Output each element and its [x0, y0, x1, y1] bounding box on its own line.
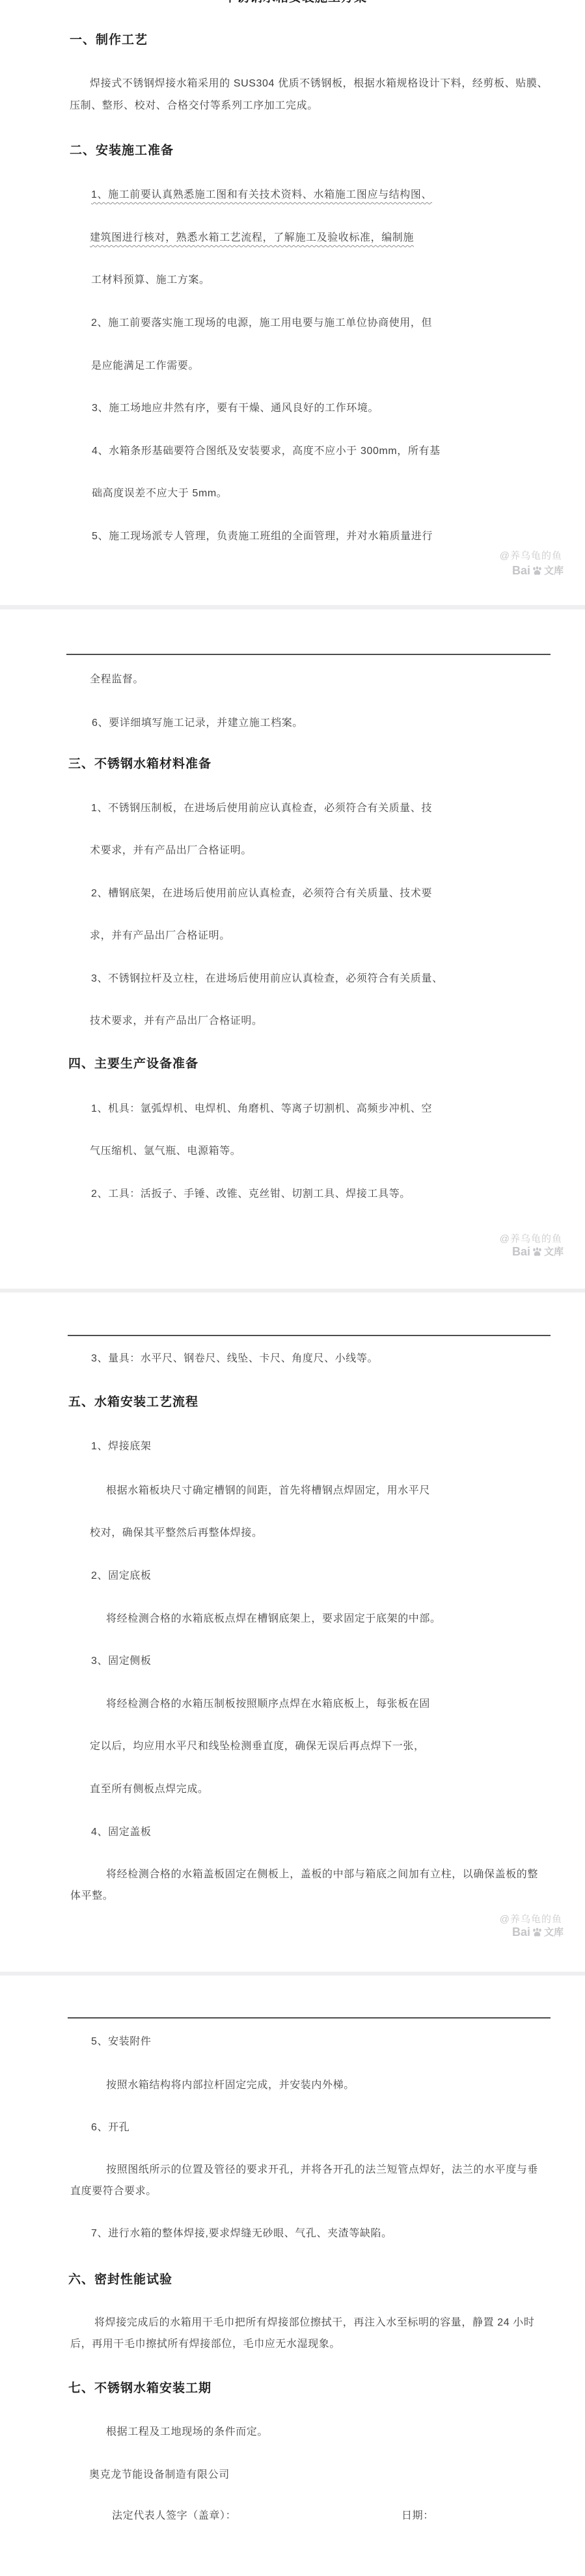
paw-icon	[531, 1247, 543, 1257]
section-heading-1: 一、制作工艺	[70, 33, 148, 48]
body-line: 按照水箱结构将内部拉杆固定完成，并安装内外梯。	[106, 2079, 355, 2092]
list-item-line: 2、工具：活扳子、手锤、改锥、克丝钳、切割工具、焊接工具等。	[91, 1188, 411, 1201]
body-line: 将经检测合格的水箱底板点焊在槽钢底架上，要求固定于底架的中部。	[106, 1613, 441, 1626]
logo-text-bai: Bai	[512, 565, 530, 576]
section-heading-6: 六、密封性能试验	[68, 2272, 172, 2288]
logo-text-wenku: 文库	[544, 1927, 564, 1938]
body-line: 全程监督。	[90, 673, 144, 686]
page-separator	[0, 1289, 585, 1293]
list-item-line: 术要求，并有产品出厂合格证明。	[90, 844, 252, 857]
page-separator	[0, 1972, 585, 1976]
body-line: 根据水箱板块尺寸确定槽钢的间距，首先将槽钢点焊固定，用水平尺	[106, 1484, 430, 1497]
body-line: 根据工程及工地现场的条件而定。	[106, 2426, 268, 2439]
doc-title-cropped: 不锈钢水箱安装施工方案	[224, 0, 367, 5]
company-name: 奥克龙节能设备制造有限公司	[89, 2469, 230, 2482]
watermark-username: @养乌龟的鱼	[500, 1912, 562, 1925]
body-line: 将经检测合格的水箱盖板固定在侧板上，盖板的中部与箱底之间加有立柱，以确保盖板的整	[106, 1868, 538, 1881]
list-item-line: 1、焊接底架	[91, 1440, 152, 1453]
body-line: 直度要符合要求。	[70, 2185, 157, 2198]
section-heading-4: 四、主要生产设备准备	[68, 1056, 198, 1072]
list-item-line: 2、施工前要落实施工现场的电源，施工用电要与施工单位协商使用，但	[91, 317, 432, 330]
paw-icon	[531, 566, 543, 576]
list-item-line: 5、施工现场派专人管理，负责施工班组的全面管理，并对水箱质量进行	[92, 530, 433, 543]
list-item-line: 4、水箱条形基础要符合图纸及安装要求，高度不应小于 300mm，所有基	[92, 445, 441, 458]
section-heading-5: 五、水箱安装工艺流程	[68, 1395, 198, 1410]
watermark-username: @养乌龟的鱼	[500, 1231, 562, 1245]
logo-text-bai: Bai	[512, 1246, 530, 1257]
logo-text-bai: Bai	[512, 1926, 530, 1938]
list-item-line: 气压缩机、氩气瓶、电源箱等。	[90, 1145, 241, 1158]
list-item-line: 3、量具：水平尺、钢卷尺、线坠、卡尺、角度尺、小线等。	[91, 1352, 378, 1365]
body-line: 后，再用干毛巾擦拭所有焊接部位，毛巾应无水湿现象。	[70, 2338, 340, 2351]
list-item-line: 3、不锈钢拉杆及立柱，在进场后使用前应认真检查，必须符合有关质量、	[91, 973, 443, 986]
logo-text-wenku: 文库	[544, 1246, 564, 1257]
list-item-line: 1、施工前要认真熟悉施工图和有关技术资料、水箱施工图应与结构图、	[91, 189, 432, 202]
signature-label: 法定代表人签字（盖章）：	[112, 2510, 236, 2523]
page-header-rule	[66, 654, 551, 655]
list-item-line: 础高度误差不应大于 5mm。	[92, 487, 227, 500]
list-item-line: 1、不锈钢压制板，在进场后使用前应认真检查，必须符合有关质量、技	[91, 802, 432, 815]
section-heading-3: 三、不锈钢水箱材料准备	[68, 757, 211, 772]
date-label: 日期：	[401, 2510, 434, 2523]
list-item-line: 3、施工场地应井然有序，要有干燥、通风良好的工作环境。	[92, 402, 379, 415]
watermark-username: @养乌龟的鱼	[500, 548, 562, 562]
baidu-wenku-logo: Bai 文库	[512, 565, 564, 576]
list-item-line: 1、机具：氩弧焊机、电焊机、角磨机、等离子切割机、高频步冲机、空	[91, 1103, 432, 1116]
baidu-wenku-logo: Bai 文库	[512, 1926, 564, 1938]
body-line: 将经检测合格的水箱压制板按照顺序点焊在水箱底板上，每张板在固	[106, 1698, 430, 1711]
list-item-line: 5、安装附件	[91, 2035, 152, 2048]
body-line: 压制、整形、校对、合格交付等系列工序加工完成。	[70, 100, 318, 113]
list-item-line: 6、要详细填写施工记录，并建立施工档案。	[92, 717, 303, 730]
body-line: 校对，确保其平整然后再整体焊接。	[90, 1527, 263, 1540]
body-line: 焊接式不锈钢焊接水箱采用的 SUS304 优质不锈钢板，根据水箱规格设计下料，经…	[90, 77, 548, 90]
list-item-line: 2、固定底板	[91, 1570, 152, 1583]
body-line: 体平整。	[70, 1890, 113, 1903]
list-item-line: 技术要求，并有产品出厂合格证明。	[90, 1015, 263, 1028]
body-line: 定以后，均应用水平尺和线坠检测垂直度，确保无误后再点焊下一张，	[90, 1740, 425, 1753]
page-separator	[0, 605, 585, 610]
list-item-line: 是应能满足工作需要。	[91, 360, 199, 373]
baidu-wenku-logo: Bai 文库	[512, 1246, 564, 1257]
body-line: 直至所有侧板点焊完成。	[90, 1783, 209, 1796]
document-viewer: 不锈钢水箱安装施工方案 一、制作工艺 焊接式不锈钢焊接水箱采用的 SUS304 …	[0, 0, 585, 2576]
list-item-line: 2、槽钢底架，在进场后使用前应认真检查，必须符合有关质量、技术要	[91, 887, 432, 900]
list-item-line: 求，并有产品出厂合格证明。	[90, 930, 230, 943]
list-item-line: 6、开孔	[91, 2121, 129, 2134]
body-line: 按照图纸所示的位置及管径的要求开孔，并将各开孔的法兰短管点焊好，法兰的水平度与垂	[106, 2164, 538, 2177]
list-item-line: 建筑图进行核对，熟悉水箱工艺流程，了解施工及验收标准，编制施	[90, 232, 414, 245]
list-item-line: 4、固定盖板	[91, 1826, 152, 1839]
logo-text-wenku: 文库	[544, 565, 564, 576]
paw-icon	[531, 1927, 543, 1938]
body-line: 将焊接完成后的水箱用干毛巾把所有焊接部位擦拭干，再注入水至标明的容量，静置 24…	[94, 2316, 535, 2329]
list-item-line: 3、固定侧板	[91, 1655, 152, 1668]
section-heading-2: 二、安装施工准备	[70, 143, 174, 159]
list-item-line: 工材料预算、施工方案。	[91, 274, 210, 287]
list-item-line: 7、进行水箱的整体焊接,要求焊缝无砂眼、气孔、夹渣等缺陷。	[91, 2227, 392, 2240]
page-header-rule	[68, 1335, 551, 1336]
page-header-rule	[68, 2017, 551, 2019]
section-heading-7: 七、不锈钢水箱安装工期	[68, 2381, 211, 2396]
